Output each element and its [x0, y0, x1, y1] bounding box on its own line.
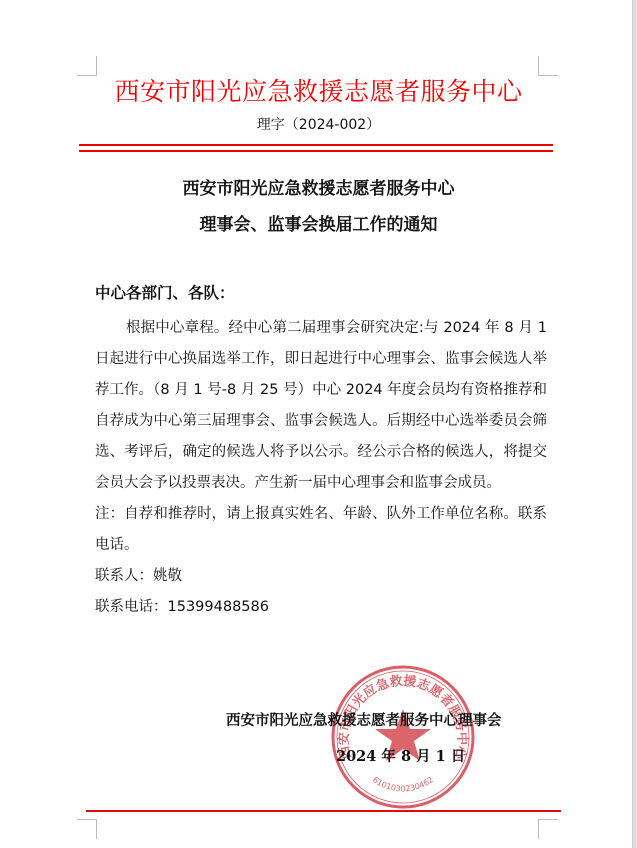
- page-corner-mark-bottom-right: [538, 819, 558, 839]
- page-corner-mark-top-right: [538, 56, 558, 76]
- official-seal-stamp: 西安市阳光应急救援志愿者服务中心 6101030230462: [328, 663, 478, 811]
- document-number: 理字（2024-002）: [0, 115, 637, 135]
- footer-rule: [86, 810, 561, 812]
- notice-title-line1: 西安市阳光应急救援志愿者服务中心: [0, 177, 637, 201]
- notice-body: 根据中心章程。经中心第二届理事会研究决定:与 2024 年 8 月 1 日起进行…: [95, 313, 547, 623]
- letterhead-rule-bottom: [79, 150, 553, 152]
- contact-phone: 联系电话：15399488586: [95, 592, 547, 623]
- signature-date: 2024 年 8 月 1 日: [336, 746, 465, 768]
- page-corner-mark-top-left: [77, 56, 97, 76]
- stamp-code: 6101030230462: [371, 775, 435, 793]
- contact-person: 联系人：姚敬: [95, 561, 547, 592]
- salutation: 中心各部门、各队：: [95, 282, 235, 304]
- signature-organization: 西安市阳光应急救援志愿者服务中心理事会: [226, 710, 502, 732]
- letterhead-title: 西安市阳光应急救援志愿者服务中心: [0, 76, 637, 108]
- page-corner-mark-bottom-left: [77, 819, 97, 839]
- letterhead-rule-top: [79, 144, 553, 146]
- body-note: 注：自荐和推荐时，请上报真实姓名、年龄、队外工作单位名称。联系电话。: [95, 499, 547, 561]
- body-paragraph: 根据中心章程。经中心第二届理事会研究决定:与 2024 年 8 月 1 日起进行…: [95, 313, 547, 499]
- notice-title-line2: 理事会、监事会换届工作的通知: [0, 213, 637, 237]
- svg-text:6101030230462: 6101030230462: [371, 775, 435, 793]
